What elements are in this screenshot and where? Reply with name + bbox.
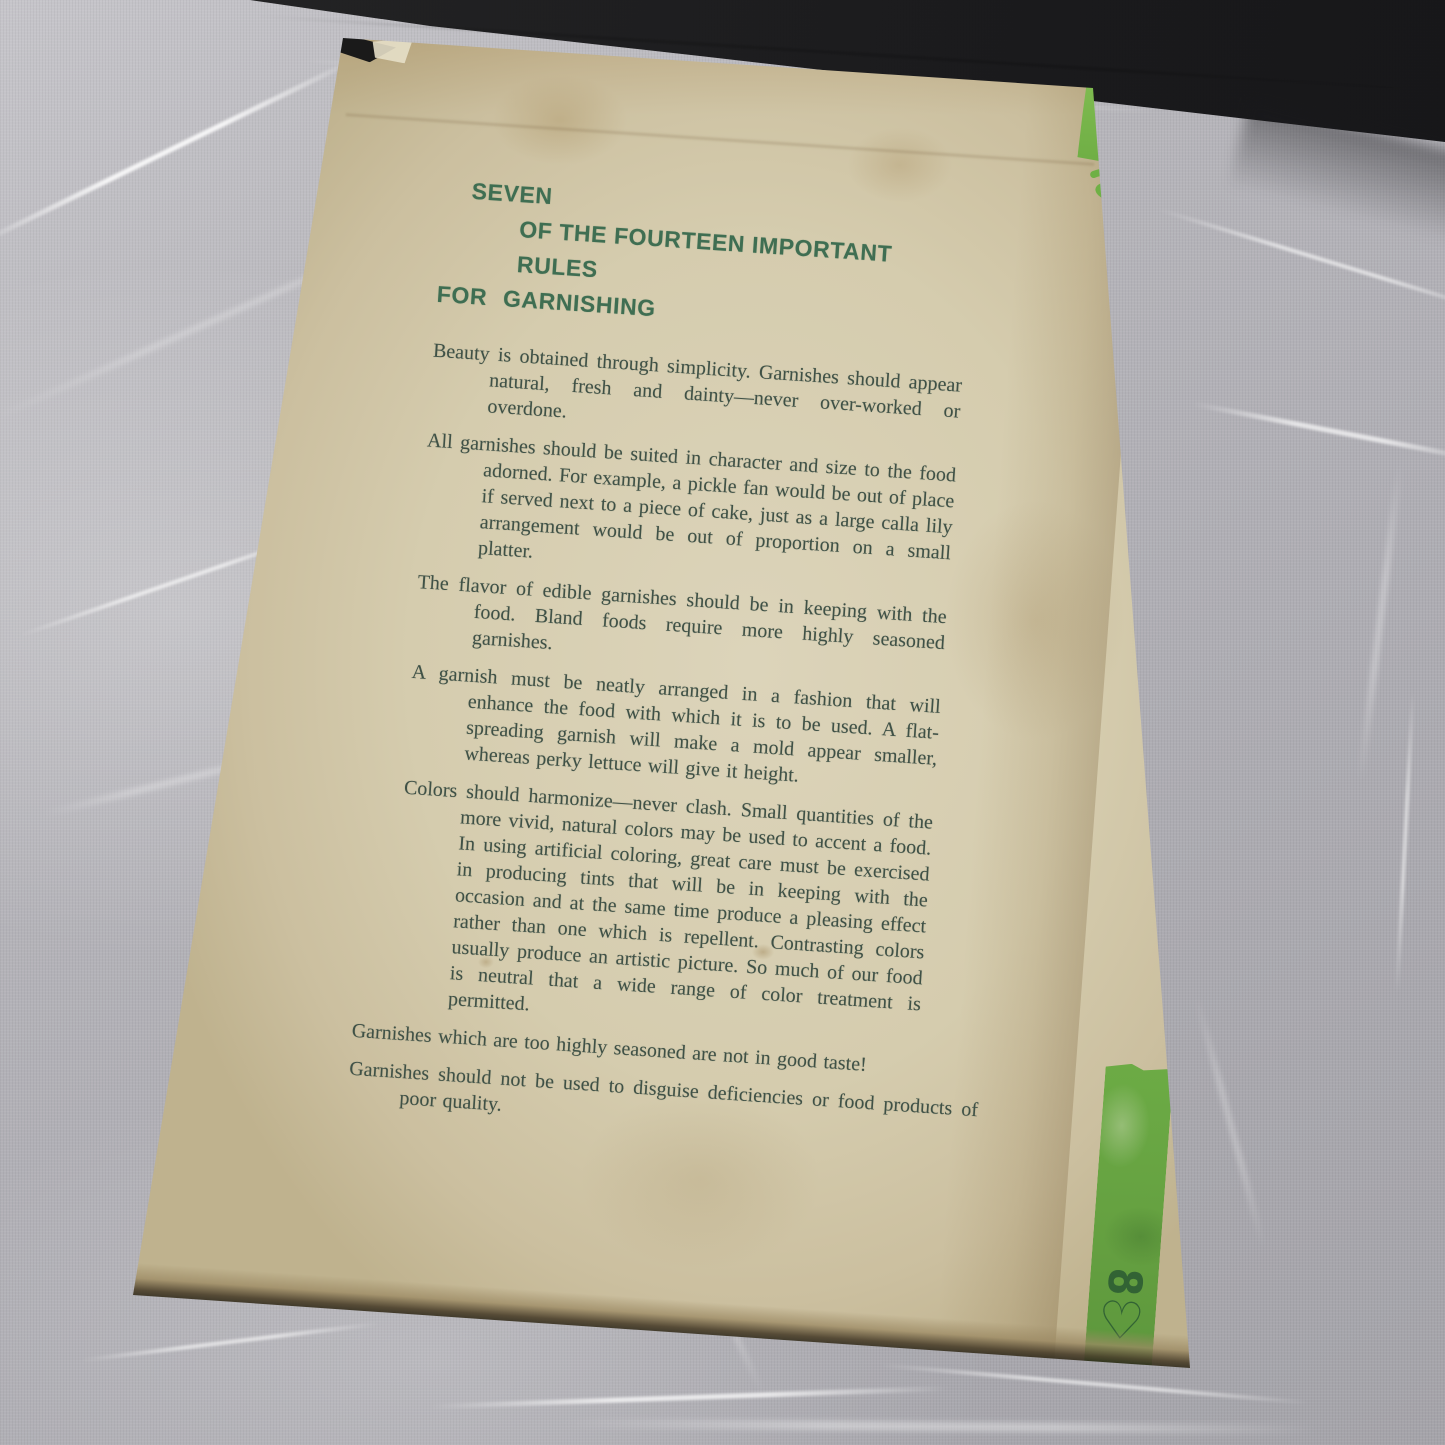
jacket-paragraph: All garnishes should be suited in charac…: [419, 427, 956, 592]
plastic-highlight: [81, 1322, 379, 1363]
plastic-highlight: [1358, 463, 1402, 781]
plastic-highlight: [1395, 692, 1415, 992]
plastic-highlight: [1192, 401, 1445, 463]
jacket-green-sliver: [164, 1305, 177, 1326]
plastic-highlight: [430, 1386, 950, 1409]
plastic-highlight: [0, 56, 359, 249]
book-back-cover: 8 ♡ SEVEN OF THE FOURTEEN IMPORTANT RULE…: [0, 0, 1445, 1445]
jacket-body-text: Beauty is obtained through simplicity. G…: [383, 338, 963, 1145]
jacket-text-block: SEVEN OF THE FOURTEEN IMPORTANT RULES FO…: [383, 172, 974, 1145]
plastic-highlight: [1194, 996, 1265, 1248]
plastic-highlight: [881, 1363, 1310, 1404]
jacket-green-squiggle: [1084, 166, 1131, 216]
jacket-crease: [346, 113, 1095, 166]
jacket-paragraph: Colors should harmonize—never clash. Sma…: [389, 775, 933, 1044]
plastic-highlight: [560, 1419, 1320, 1435]
torn-corner-paper: [371, 34, 413, 64]
photo-scene: 8 ♡ SEVEN OF THE FOURTEEN IMPORTANT RULE…: [0, 0, 1445, 1445]
jacket-paragraph: A garnish must be neatly arranged in a f…: [406, 659, 942, 798]
